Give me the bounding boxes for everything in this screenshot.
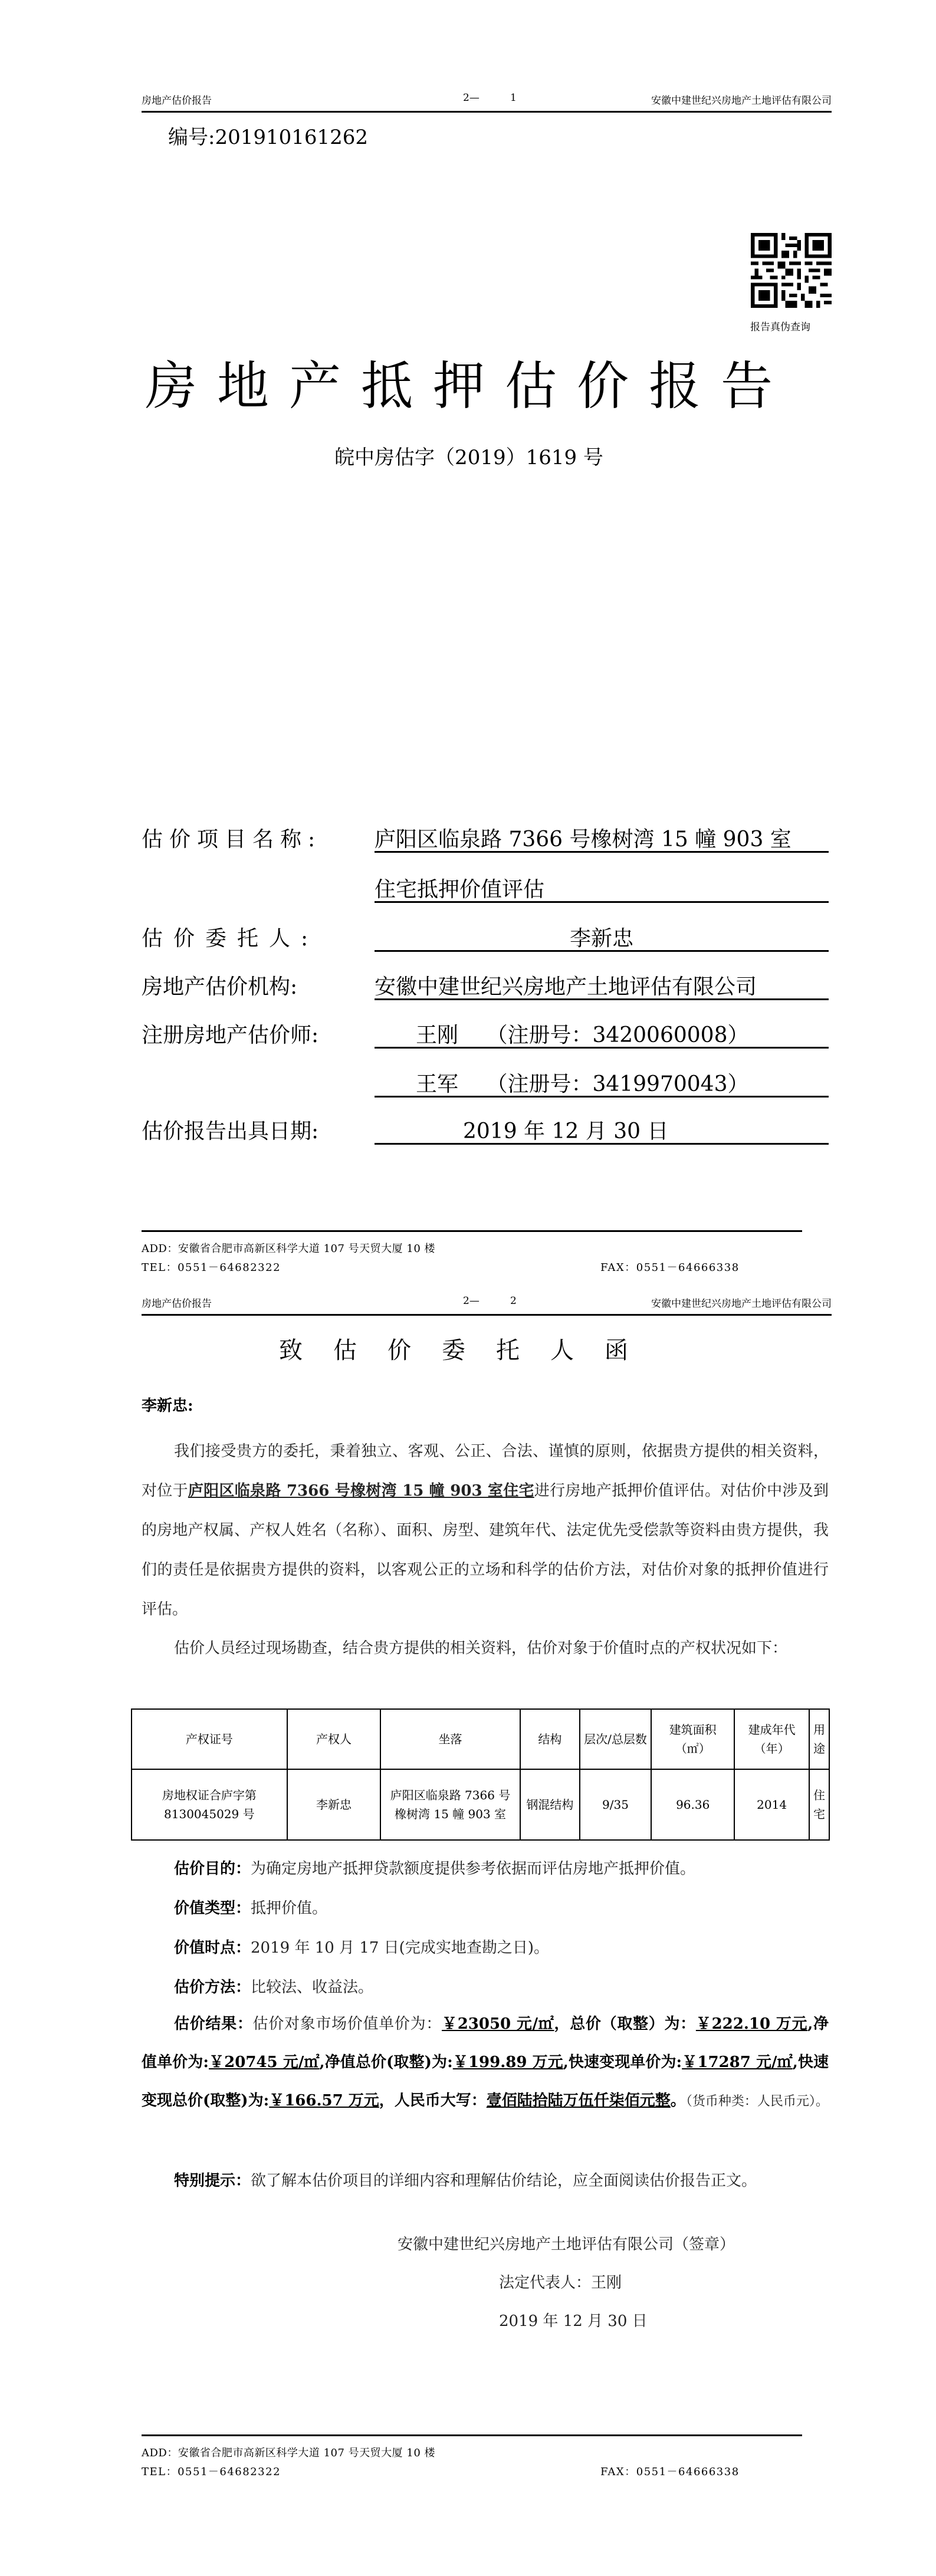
property-address: 庐阳区临泉路 7366 号橡树湾 15 幢 903 室住宅	[188, 1482, 534, 1500]
header-company: 安徽中建世纪兴房地产土地评估有限公司	[651, 92, 832, 107]
letter-paragraph-2: 估价人员经过现场勘查，结合贵方提供的相关资料，估价对象于价值时点的产权状况如下：	[142, 1629, 829, 1668]
item-label: 价值类型：	[174, 1900, 251, 1917]
quick-total-words: 壹佰陆拾陆万伍仟柒佰元整	[487, 2092, 671, 2110]
special-notice: 特别提示：欲了解本估价项目的详细内容和理解估价结论，应全面阅读估价报告正文。	[142, 2161, 829, 2201]
col-header: 层次/总层数	[580, 1709, 651, 1769]
property-rights-table: 产权证号 产权人 坐落 结构 层次/总层数 建筑面积（㎡） 建成年代（年） 用途…	[131, 1708, 830, 1841]
item-value: 比较法、收益法。	[251, 1979, 373, 1996]
col-header: 结构	[520, 1709, 580, 1769]
table-header-row: 产权证号 产权人 坐落 结构 层次/总层数 建筑面积（㎡） 建成年代（年） 用途	[132, 1709, 829, 1769]
item-value: 为确定房地产抵押贷款额度提供参考依据而评估房地产抵押价值。	[251, 1860, 695, 1878]
cell-structure: 钢混结构	[520, 1769, 580, 1840]
footer-fax: FAX：0551－64666338	[600, 1259, 740, 1274]
notice-label: 特别提示：	[174, 2172, 251, 2190]
value-type: 价值类型：抵押价值。	[174, 1896, 327, 1918]
page-2-footer: ADD：安徽省合肥市高新区科学大道 107 号天贸大厦 10 楼 TEL：055…	[142, 2434, 814, 2481]
result-text: ,快速变现单价为:	[563, 2053, 682, 2071]
net-unit-price: ￥20745 元/㎡	[209, 2053, 320, 2071]
item-value: 抵押价值。	[251, 1900, 327, 1917]
cell-location: 庐阳区临泉路 7366 号橡树湾 15 幢 903 室	[380, 1769, 520, 1840]
footer-address: ADD：安徽省合肥市高新区科学大道 107 号天贸大厦 10 楼	[142, 1240, 814, 1256]
qr-code-icon[interactable]	[751, 233, 832, 308]
field-value: 王刚 （注册号：3420060008）	[375, 1018, 829, 1049]
page-1-footer: ADD：安徽省合肥市高新区科学大道 107 号天贸大厦 10 楼 TEL：055…	[142, 1230, 814, 1277]
result-text: ，总价（取整）为：	[554, 2015, 696, 2033]
footer-rule	[142, 2434, 802, 2436]
header-doc-title: 房地产估价报告	[142, 1295, 212, 1310]
quick-total-price: ￥166.57 万元	[269, 2092, 379, 2110]
letter-paragraph-1: 我们接受贵方的委托，秉着独立、客观、公正、合法、谨慎的原则，依据贵方提供的相关资…	[142, 1432, 829, 1629]
header-page-number: 2	[510, 1295, 517, 1307]
item-label: 估价方法：	[174, 1979, 251, 1996]
footer-tel: TEL：0551－64682322	[142, 1259, 281, 1274]
item-label: 估价目的：	[174, 1860, 251, 1878]
report-number: 编号:201910161262	[168, 121, 368, 150]
item-label: 价值时点：	[174, 1939, 251, 1957]
cell-usage: 住宅	[809, 1769, 829, 1840]
signature-company: 安徽中建世纪兴房地产土地评估有限公司（签章）	[398, 2232, 735, 2254]
letter-title: 致估价委托人函	[136, 1332, 802, 1365]
field-label: 估价项目名称:	[142, 823, 321, 853]
footer-tel: TEL：0551－64682322	[142, 2463, 281, 2479]
item-value: 2019 年 10 月 17 日(完成实地查勘之日)。	[251, 1939, 549, 1957]
market-unit-price: ￥23050 元/㎡	[442, 2015, 554, 2033]
col-header: 坐落	[380, 1709, 520, 1769]
field-value: 住宅抵押价值评估	[375, 873, 829, 903]
appraisal-method: 估价方法：比较法、收益法。	[174, 1975, 373, 1997]
field-value: 2019 年 12 月 30 日	[375, 1115, 829, 1145]
field-label: 房地产估价机构:	[142, 970, 297, 1000]
notice-text: 欲了解本估价项目的详细内容和理解估价结论，应全面阅读估价报告正文。	[251, 2172, 757, 2190]
header-doc-title: 房地产估价报告	[142, 92, 212, 107]
header-page-number: 1	[510, 92, 517, 104]
letter-salutation: 李新忠:	[142, 1394, 193, 1415]
cell-area: 96.36	[651, 1769, 734, 1840]
field-value: 李新忠	[375, 922, 829, 952]
cell-certificate-no: 房地权证合庐字第8130045029 号	[132, 1769, 287, 1840]
market-total-price: ￥222.10 万元	[696, 2015, 807, 2033]
footer-rule	[142, 1230, 802, 1232]
cell-build-year: 2014	[734, 1769, 809, 1840]
cell-owner: 李新忠	[287, 1769, 381, 1840]
appraisal-purpose: 估价目的：为确定房地产抵押贷款额度提供参考依据而评估房地产抵押价值。	[174, 1857, 695, 1878]
p1-text-b: 进行房地产抵押价值评估。对估价中涉及到的房地产权属、产权人姓名（名称）、面积、房…	[142, 1482, 829, 1618]
cover-title: 房地产抵押估价报告	[136, 345, 802, 419]
cell-floor: 9/35	[580, 1769, 651, 1840]
result-text: 估价对象市场价值单价为：	[253, 2015, 442, 2033]
result-text: ，人民币大写：	[379, 2092, 487, 2110]
table-row: 房地权证合庐字第8130045029 号 李新忠 庐阳区临泉路 7366 号橡树…	[132, 1769, 829, 1840]
result-label: 估价结果：	[174, 2015, 253, 2033]
report-code: 皖中房估字（2019）1619 号	[136, 441, 802, 470]
col-header: 用途	[809, 1709, 829, 1769]
page-1-running-header: 房地产估价报告 2— 1 安徽中建世纪兴房地产土地评估有限公司	[142, 87, 832, 113]
field-value: 王军 （注册号：3419970043）	[375, 1067, 829, 1098]
appraisal-result: 估价结果：估价对象市场价值单价为：￥23050 元/㎡，总价（取整）为：￥222…	[142, 2005, 829, 2121]
value-date: 价值时点：2019 年 10 月 17 日(完成实地查勘之日)。	[174, 1936, 549, 1957]
result-text: ,净值总价(取整)为:	[320, 2053, 453, 2071]
qr-verify-label: 报告真伪查询	[750, 318, 810, 333]
field-label: 注册房地产估价师:	[142, 1018, 318, 1049]
currency-note: （货币种类：人民币元）。	[686, 2094, 829, 2109]
net-total-price: ￥199.89 万元	[453, 2053, 563, 2071]
page-2-running-header: 房地产估价报告 2— 2 安徽中建世纪兴房地产土地评估有限公司	[142, 1290, 832, 1316]
header-company: 安徽中建世纪兴房地产土地评估有限公司	[651, 1295, 832, 1310]
field-label: 估价报告出具日期:	[142, 1115, 318, 1145]
field-value: 安徽中建世纪兴房地产土地评估有限公司	[375, 970, 829, 1000]
legal-representative: 法定代表人：王刚	[499, 2271, 622, 2292]
col-header: 建筑面积（㎡）	[651, 1709, 734, 1769]
col-header: 产权证号	[132, 1709, 287, 1769]
field-label: 估价委托人:	[142, 922, 318, 952]
field-value: 庐阳区临泉路 7366 号橡树湾 15 幢 903 室	[375, 823, 829, 853]
footer-fax: FAX：0551－64666338	[600, 2463, 740, 2479]
sign-date: 2019 年 12 月 30 日	[499, 2309, 648, 2331]
col-header: 建成年代（年）	[734, 1709, 809, 1769]
quick-unit-price: ￥17287 元/㎡	[682, 2053, 793, 2071]
header-page-prefix: 2—	[463, 1295, 480, 1307]
result-text: 。	[671, 2092, 686, 2110]
header-page-prefix: 2—	[463, 92, 480, 104]
col-header: 产权人	[287, 1709, 381, 1769]
footer-address: ADD：安徽省合肥市高新区科学大道 107 号天贸大厦 10 楼	[142, 2444, 814, 2460]
